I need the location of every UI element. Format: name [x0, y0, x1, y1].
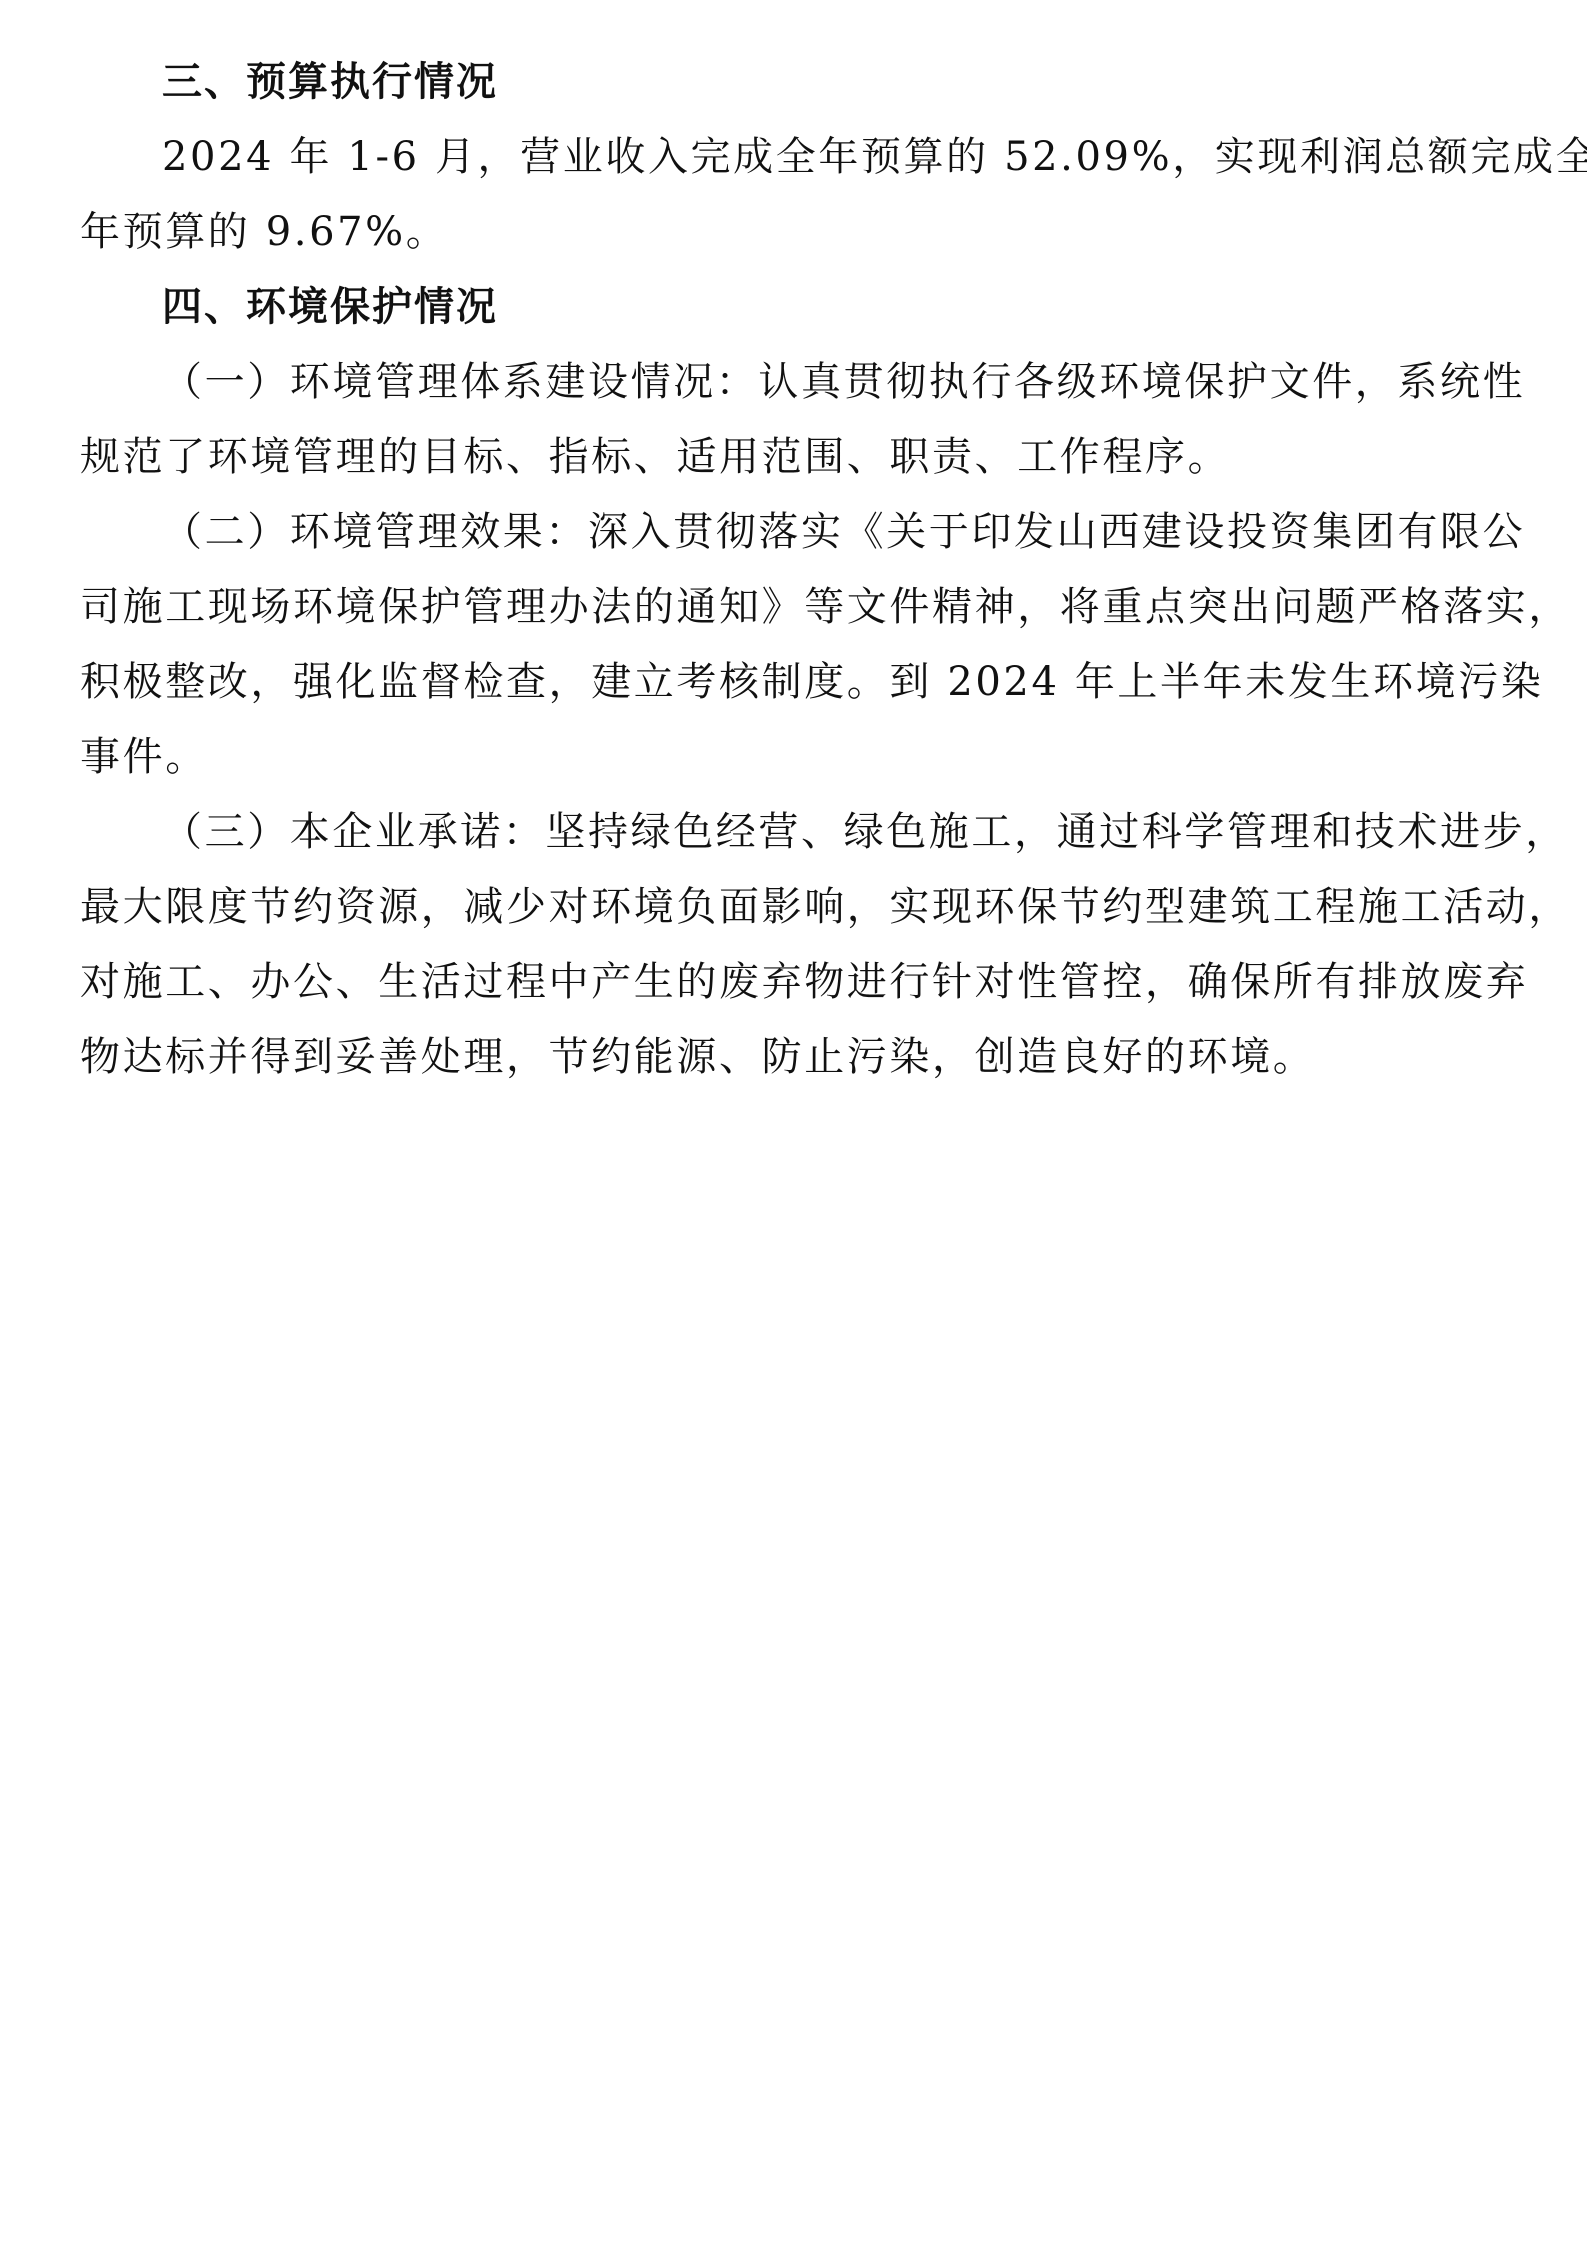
paragraph-management-system: （一）环境管理体系建设情况：认真贯彻执行各级环境保护文件，系统性 规范了环境管理… — [80, 352, 1512, 502]
section-heading-environment: 四、环境保护情况 — [80, 277, 1512, 352]
document-page: 三、预算执行情况 2024 年 1-6 月，营业收入完成全年预算的 52.09%… — [80, 52, 1512, 1102]
paragraph-line: 最大限度节约资源，减少对环境负面影响，实现环保节约型建筑工程施工活动， — [80, 877, 1512, 952]
paragraph-line: （一）环境管理体系建设情况：认真贯彻执行各级环境保护文件，系统性 — [80, 352, 1512, 427]
paragraph-line: 积极整改，强化监督检查，建立考核制度。到 2024 年上半年未发生环境污染 — [80, 652, 1512, 727]
paragraph-line: 规范了环境管理的目标、指标、适用范围、职责、工作程序。 — [80, 427, 1512, 502]
paragraph-line: 对施工、办公、生活过程中产生的废弃物进行针对性管控，确保所有排放废弃 — [80, 952, 1512, 1027]
paragraph-line: 事件。 — [80, 727, 1512, 802]
paragraph-enterprise-commitment: （三）本企业承诺：坚持绿色经营、绿色施工，通过科学管理和技术进步， 最大限度节约… — [80, 802, 1512, 1102]
paragraph-budget-execution: 2024 年 1-6 月，营业收入完成全年预算的 52.09%，实现利润总额完成… — [80, 127, 1512, 277]
paragraph-line: （三）本企业承诺：坚持绿色经营、绿色施工，通过科学管理和技术进步， — [80, 802, 1512, 877]
paragraph-line: 年预算的 9.67%。 — [80, 202, 1512, 277]
paragraph-line: （二）环境管理效果：深入贯彻落实《关于印发山西建设投资集团有限公 — [80, 502, 1512, 577]
paragraph-line: 2024 年 1-6 月，营业收入完成全年预算的 52.09%，实现利润总额完成… — [80, 127, 1512, 202]
paragraph-line: 物达标并得到妥善处理，节约能源、防止污染，创造良好的环境。 — [80, 1027, 1512, 1102]
paragraph-management-effect: （二）环境管理效果：深入贯彻落实《关于印发山西建设投资集团有限公 司施工现场环境… — [80, 502, 1512, 802]
section-heading-budget: 三、预算执行情况 — [80, 52, 1512, 127]
paragraph-line: 司施工现场环境保护管理办法的通知》等文件精神，将重点突出问题严格落实， — [80, 577, 1512, 652]
